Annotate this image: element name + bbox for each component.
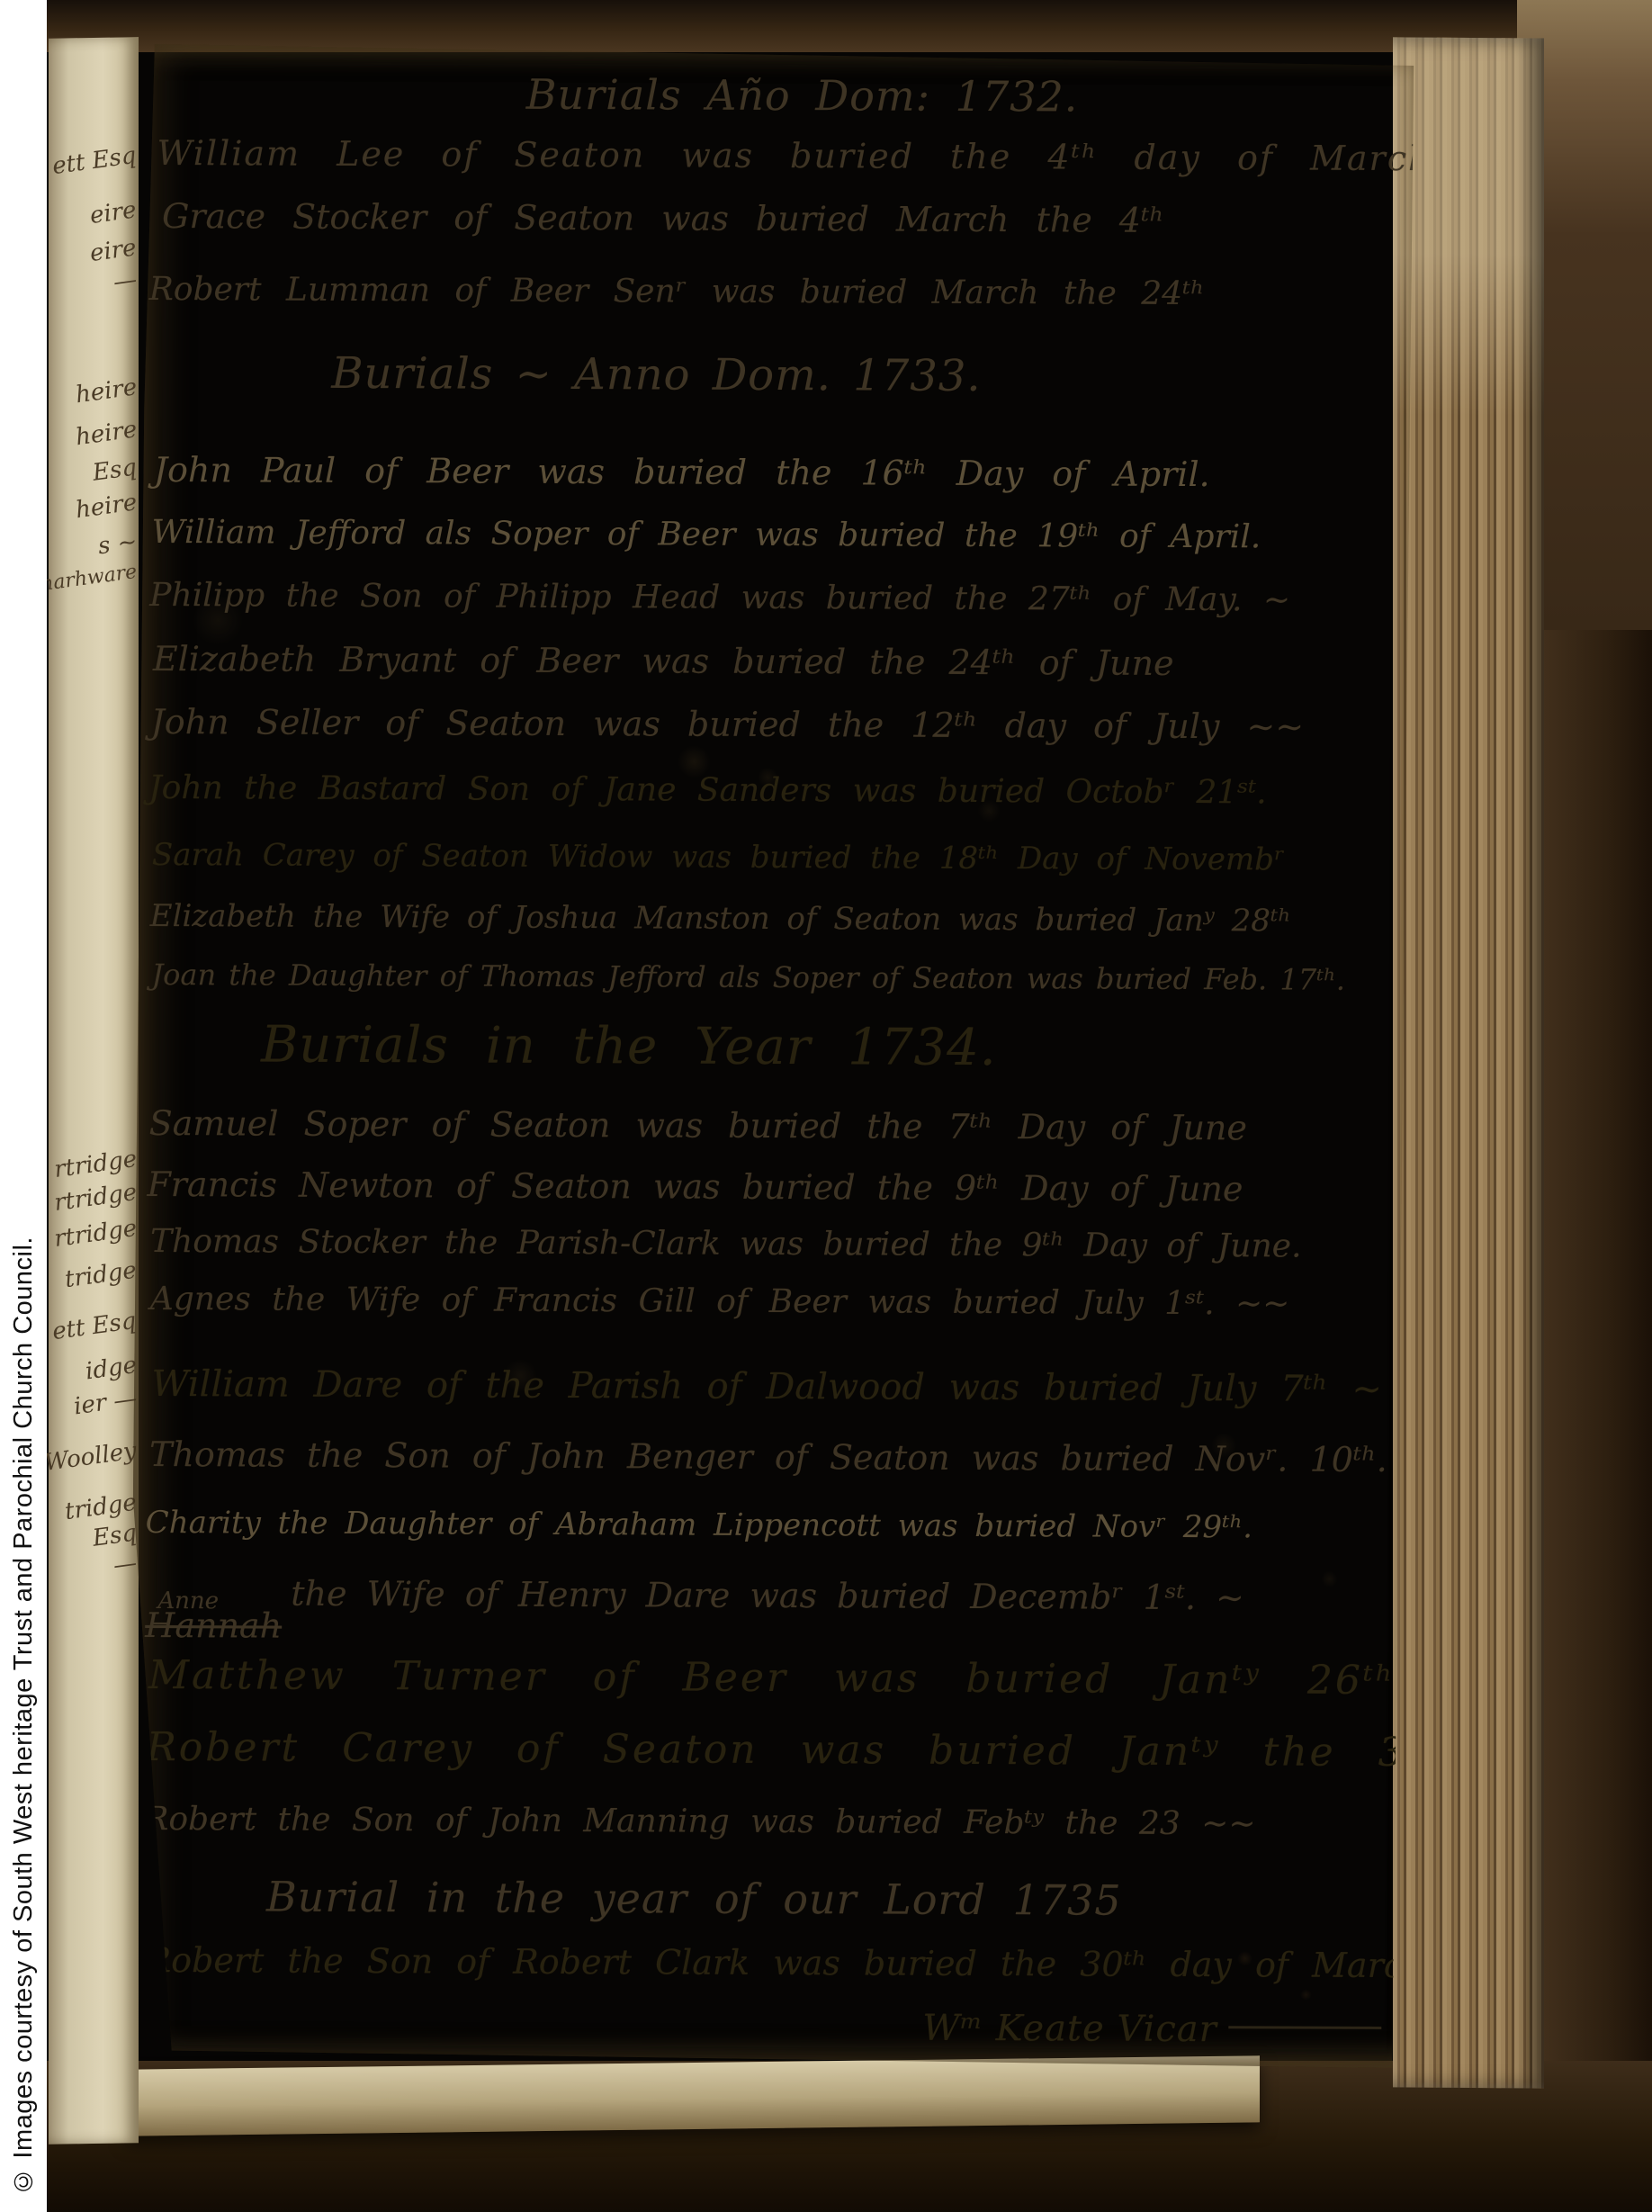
margin-note: — bbox=[112, 266, 138, 296]
margin-note: — bbox=[112, 1550, 138, 1579]
margin-note: Esq bbox=[91, 454, 138, 486]
margin-note: idge bbox=[84, 1352, 138, 1385]
burial-entry: Sarah Carey of Seaton Widow was buried t… bbox=[152, 838, 1285, 878]
page-block-bottom-edges bbox=[126, 2055, 1260, 2136]
burial-entry: Robert the Son of John Manning was burie… bbox=[144, 1801, 1255, 1843]
burial-entry: Agnes the Wife of Francis Gill of Beer w… bbox=[150, 1281, 1290, 1323]
margin-note: rtridge bbox=[52, 1179, 138, 1217]
burial-entry: Thomas Stocker the Parish-Clark was buri… bbox=[150, 1223, 1302, 1265]
burial-entry: William Jefford als Soper of Beer was bu… bbox=[151, 514, 1261, 556]
margin-note: rtridge bbox=[52, 1215, 138, 1253]
burial-entry: William Lee of Seaton was buried the 4ᵗʰ… bbox=[157, 134, 1419, 179]
margin-note: rtridge bbox=[52, 1146, 138, 1183]
burial-entry: Robert Lumman of Beer Senʳ was buried Ma… bbox=[149, 271, 1205, 313]
burial-entry: Elizabeth the Wife of Joshua Manston of … bbox=[150, 899, 1291, 940]
section-heading-1734: Burials in the Year 1734. bbox=[261, 1017, 997, 1078]
margin-note: ier — bbox=[72, 1385, 139, 1420]
left-page-edge: ett Esq eire eire — heire heire Esq heir… bbox=[49, 37, 139, 2144]
section-heading-1732: Burials Año Dom: 1732. bbox=[526, 71, 1079, 121]
burial-entry: Joan the Daughter of Thomas Jefford als … bbox=[151, 958, 1345, 997]
margin-note: ett Esq bbox=[51, 1308, 138, 1345]
burial-entry: Grace Stocker of Seaton was buried March… bbox=[162, 197, 1164, 241]
correction-inserted-name: Anne bbox=[157, 1593, 219, 1611]
copyright-text: © Images courtesy of South West heritage… bbox=[9, 1236, 39, 2196]
burial-entry: Francis Newton of Seaton was buried the … bbox=[147, 1165, 1243, 1209]
burial-entry: John Paul of Beer was buried the 16ᵗʰ Da… bbox=[154, 451, 1210, 495]
margin-note: eire bbox=[89, 196, 139, 229]
margin-note: tridge bbox=[64, 1257, 139, 1294]
burial-entry: John the Bastard Son of Jane Sanders was… bbox=[148, 769, 1267, 812]
burial-entry: William Dare of the Parish of Dalwood wa… bbox=[151, 1363, 1382, 1410]
section-heading-1735: Burial in the year of our Lord 1735 bbox=[266, 1874, 1122, 1925]
margin-note: harhware bbox=[39, 561, 138, 596]
margin-note: eire bbox=[89, 234, 139, 267]
margin-note: s ~ bbox=[96, 528, 139, 561]
burial-entry: Matthew Turner of Beer was buried Janᵗʸ … bbox=[148, 1653, 1411, 1704]
burial-entry: Philipp the Son of Philipp Head was buri… bbox=[149, 577, 1290, 619]
register-page: Burials Año Dom: 1732. William Lee of Se… bbox=[130, 44, 1419, 2068]
burial-entry: Thomas the Son of John Benger of Seaton … bbox=[149, 1435, 1387, 1480]
margin-note: Esq bbox=[91, 1519, 138, 1551]
vicar-signature: Wᵐ Keate Vicar bbox=[922, 2008, 1381, 2051]
section-heading-1733: Burials ~ Anno Dom. 1733. bbox=[331, 349, 982, 401]
margin-note: Woolley bbox=[43, 1437, 139, 1477]
correction-struck-name: Hannah bbox=[145, 1612, 282, 1638]
burial-entry: Charity the Daughter of Abraham Lippenco… bbox=[146, 1506, 1252, 1545]
margin-note: ett Esq bbox=[51, 142, 138, 180]
photo-of-parish-register: ett Esq eire eire — heire heire Esq heir… bbox=[0, 0, 1652, 2212]
burial-entry: Robert Carey of Seaton was buried Janᵗʸ … bbox=[147, 1725, 1419, 1776]
burial-entry: Elizabeth Bryant of Beer was buried the … bbox=[153, 640, 1174, 684]
margin-note: heire bbox=[74, 373, 138, 409]
burial-entry: Samuel Soper of Seaton was buried the 7ᵗ… bbox=[149, 1104, 1247, 1148]
correction-stack: Anne Hannah bbox=[145, 1595, 282, 1639]
signature-flourish bbox=[1228, 2026, 1381, 2029]
burial-entry-with-correction: Anne Hannah the Wife of Henry Dare was b… bbox=[145, 1574, 1244, 1642]
margin-note: heire bbox=[74, 489, 138, 524]
burial-entry: John Seller of Seaton was buried the 12ᵗ… bbox=[151, 703, 1305, 747]
margin-note: heire bbox=[74, 416, 138, 451]
signature-text: Wᵐ Keate Vicar bbox=[922, 2008, 1217, 2050]
entry-text: the Wife of Henry Dare was buried Decemb… bbox=[291, 1574, 1244, 1618]
copyright-strip: © Images courtesy of South West heritage… bbox=[0, 0, 47, 2212]
page-block-fore-edge bbox=[1393, 37, 1544, 2088]
burial-entry: Robert the Son of Robert Clark was burie… bbox=[146, 1941, 1419, 1986]
